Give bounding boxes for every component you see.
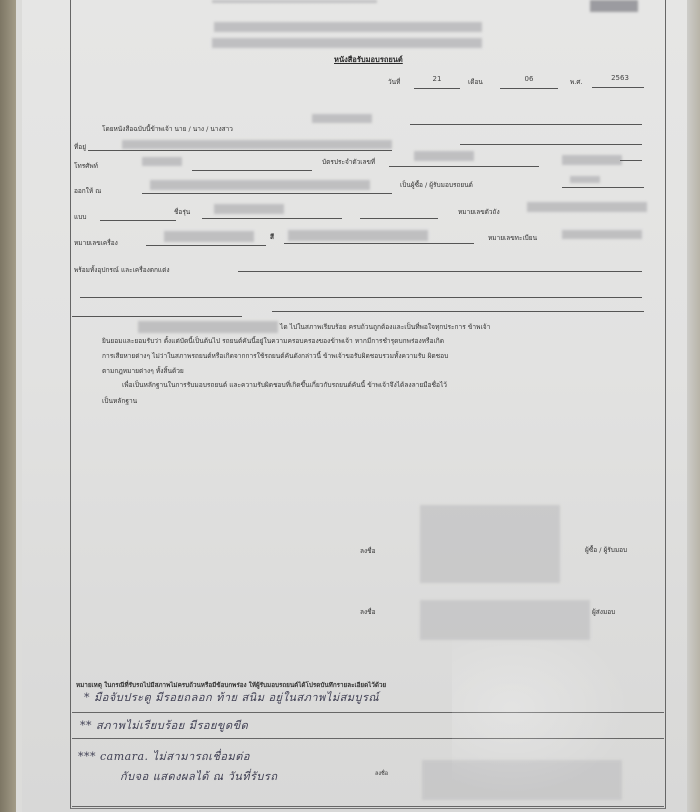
day-value[interactable]: 21: [414, 75, 460, 83]
handwritten-note-2: ** สภาพไม่เรียบร้อย มีรอยขูดขีด: [80, 716, 248, 734]
redacted-color: [288, 230, 428, 241]
month-line: [500, 88, 558, 89]
name-line: [410, 124, 642, 125]
receiver-sign-label: ลงชื่อ: [360, 546, 375, 556]
plate-label: หมายเลขทะเบียน: [488, 233, 537, 243]
year-line: [592, 87, 644, 88]
brand-label: แบบ: [74, 212, 86, 222]
redacted-id-extra: [562, 155, 622, 165]
redacted-issued-place: [150, 180, 370, 190]
year-label: พ.ศ.: [570, 77, 583, 87]
redacted-phone: [142, 157, 182, 166]
month-label: เดือน: [468, 77, 483, 87]
id-card-line: [389, 166, 539, 167]
sender-sign-label: ลงชื่อ: [360, 607, 375, 617]
section-divider-right: [272, 311, 644, 312]
address-label: ที่อยู่: [74, 142, 86, 152]
month-value[interactable]: 06: [500, 75, 558, 83]
model-line: [202, 218, 342, 219]
brand-line: [100, 220, 176, 221]
redacted-header-top: [212, 0, 377, 3]
buyer-label: เป็นผู้ซื้อ / ผู้รับมอบรถยนต์: [400, 180, 473, 190]
model-label: ชื่อรุ่น: [174, 207, 190, 217]
handwritten-note-1: * มือจับประตู มีรอยถลอก ท้าย สนิม อยู่ใน…: [84, 688, 379, 706]
redacted-receiver-signature: [420, 505, 560, 583]
agreement-line-2: ยินยอมและยอมรับว่า ตั้งแต่บัดนี้เป็นต้นไ…: [102, 334, 572, 349]
year-value[interactable]: 2563: [594, 74, 646, 82]
accessories-label: พร้อมทั้งอุปกรณ์ และเครื่องตกแต่ง: [74, 265, 170, 275]
redacted-sender-signature: [420, 600, 590, 640]
redacted-chassis: [527, 202, 647, 212]
document-title: หนังสือรับมอบรถยนต์: [334, 54, 403, 66]
desk-surface-right: [686, 0, 700, 812]
redacted-engine: [164, 231, 254, 242]
redacted-name: [312, 114, 372, 123]
phone-line: [192, 170, 312, 171]
color-label: สี: [270, 232, 274, 242]
id-card-label: บัตรประจำตัวเลขที่: [322, 157, 375, 167]
accessories-line-1: [238, 271, 642, 272]
agreement-line-6: เป็นหลักฐาน: [102, 394, 572, 409]
agreement-line-3: การเสียหายต่างๆ ไม่ว่าในสภาพรถยนต์หรือเก…: [102, 349, 572, 364]
buyer-line: [562, 187, 644, 188]
agreement-line-5: เพื่อเป็นหลักฐานในการรับมอบรถยนต์ และควา…: [122, 378, 592, 393]
note-sign-label: ลงชื่อ: [375, 770, 388, 778]
redacted-company-name: [214, 22, 482, 32]
accessories-line-2: [80, 297, 642, 298]
engine-label: หมายเลขเครื่อง: [74, 238, 118, 248]
model-line-2: [360, 218, 438, 219]
handwritten-note-4: กับจอ แสดงผลได้ ณ วันที่รับรถ: [120, 767, 277, 785]
issued-line: [142, 193, 392, 194]
section-divider-left: [72, 316, 242, 317]
address-line: [112, 150, 392, 151]
redacted-logo: [590, 0, 638, 12]
redacted-model: [214, 204, 284, 214]
color-line: [284, 243, 474, 244]
phone-label: โทรศัพท์: [74, 161, 98, 171]
chassis-label: หมายเลขตัวถัง: [458, 207, 500, 217]
sender-role: ผู้ส่งมอบ: [592, 607, 615, 617]
address-line-2: [460, 144, 642, 145]
paper-fold-shadow: [452, 640, 652, 810]
redacted-address: [122, 140, 392, 149]
day-label: วันที่: [388, 77, 400, 87]
receiver-role: ผู้ซื้อ / ผู้รับมอบ: [585, 545, 627, 555]
engine-line: [146, 245, 266, 246]
handwritten-note-3: *** camara. ไม่สามารถเชื่อมต่อ: [78, 747, 250, 765]
agreement-line-1: ได ไปในสภาพเรียบร้อย ครบถ้วนถูกต้องและเป…: [280, 320, 640, 335]
vehicle-handover-form: หนังสือรับมอบรถยนต์ วันที่ 21 เดือน 06 พ…: [22, 0, 687, 812]
day-line: [414, 88, 460, 89]
agreement-line-4: ตามกฎหมายต่างๆ ทั้งสิ้นด้วย: [102, 364, 572, 379]
redacted-company-address: [212, 38, 482, 48]
redacted-vehicle-ref: [138, 321, 278, 333]
intro-label: โดยหนังสือฉบับนี้ข้าพเจ้า นาย / นาง / นา…: [102, 124, 233, 134]
redacted-id-number: [414, 151, 474, 161]
redacted-buyer: [570, 176, 600, 183]
desk-surface: [0, 0, 16, 812]
id-card-line-end: [620, 160, 642, 161]
redacted-plate: [562, 230, 642, 239]
issued-to-label: ออกให้ ณ: [74, 186, 101, 196]
